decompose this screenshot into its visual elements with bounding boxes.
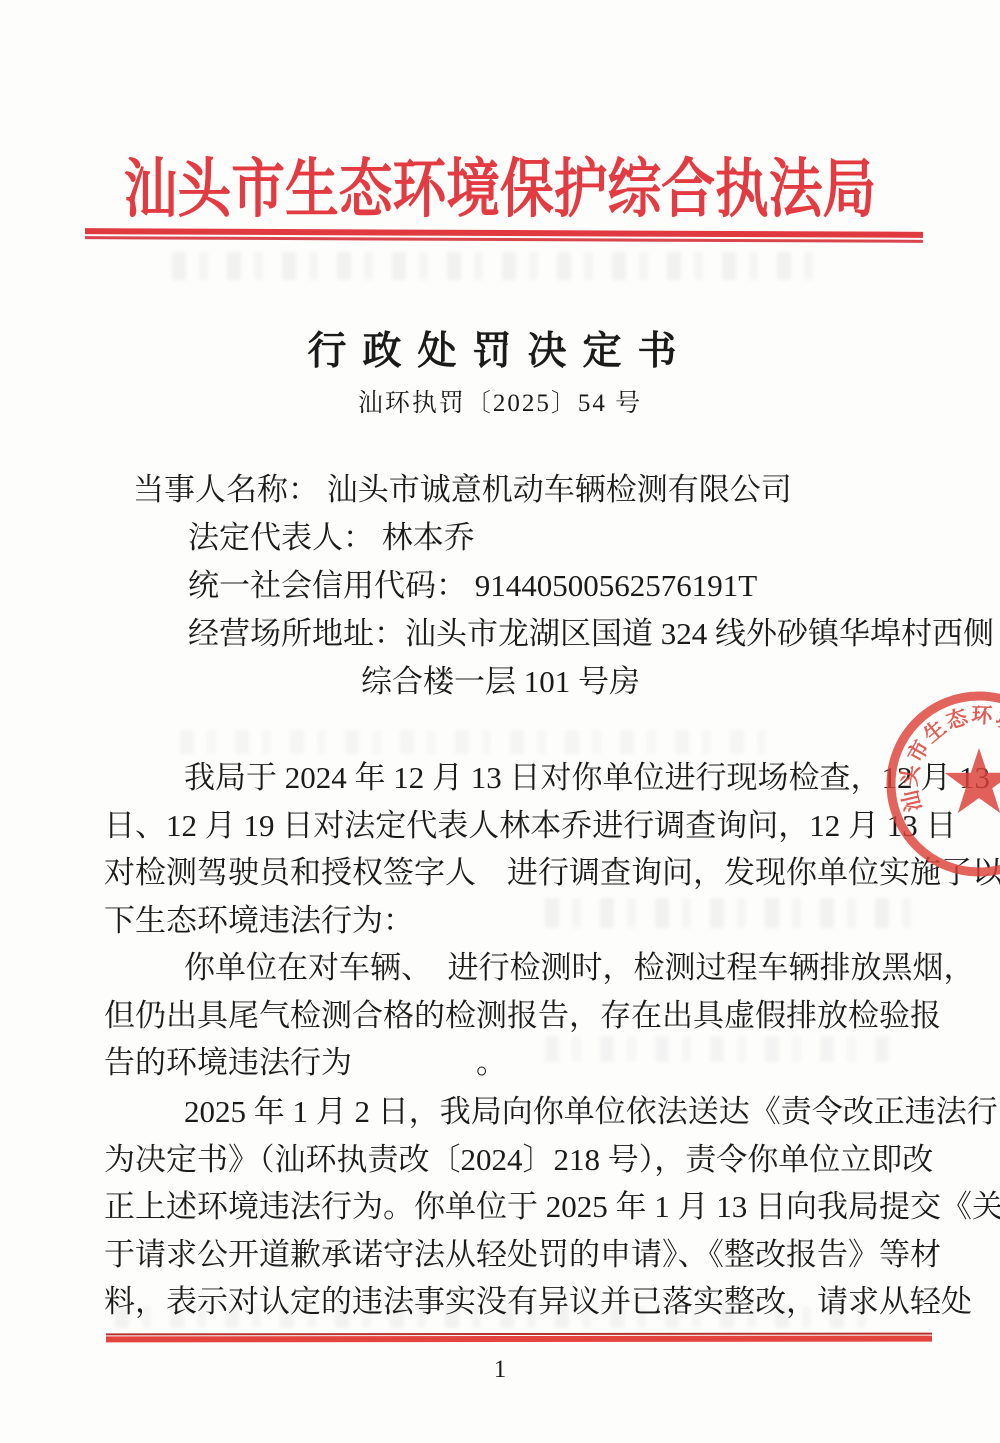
business-address-line-2: 综合楼一层 101 号房 (104, 658, 886, 706)
body-line: 告的环境违法行为 。 (104, 1039, 886, 1087)
body-line: 你单位在对车辆、 进行检测时，检测过程车辆排放黑烟， (104, 944, 886, 992)
document-title: 行政处罚决定书 (0, 320, 1000, 376)
bleed-through-artifact (180, 730, 780, 754)
header-double-rule (85, 228, 923, 243)
footer-rule-bright (106, 1336, 932, 1343)
legal-representative-line: 法定代表人： 林本乔 (104, 514, 886, 562)
body-line: 为决定书》（汕环执责改〔2024〕218 号），责令你单位立即改 (104, 1136, 886, 1184)
business-address-line: 经营场所地址：汕头市龙湖区国道 324 线外砂镇华埠村西侧 (104, 610, 886, 658)
body-line: 对检测驾驶员和授权签字人 进行调查询问，发现你单位实施了以 (104, 849, 886, 897)
body-line: 于请求公开道歉承诺守法从轻处罚的申请》、《整改报告》等材 (104, 1231, 886, 1279)
party-info-block: 当事人名称： 汕头市诚意机动车辆检测有限公司 法定代表人： 林本乔 统一社会信用… (104, 466, 886, 706)
official-seal: 汕头市生态环境保护综合执法局 (879, 684, 1000, 884)
body-line: 2025 年 1 月 2 日，我局向你单位依法送达《责令改正违法行 (104, 1088, 886, 1136)
seal-star (945, 748, 1000, 813)
credit-code-line: 统一社会信用代码： 91440500562576191T (104, 562, 886, 610)
body-line: 但仍出具尾气检测合格的检测报告，存在出具虚假排放检验报 (104, 992, 886, 1040)
paragraph-violation: 你单位在对车辆、 进行检测时，检测过程车辆排放黑烟， 但仍出具尾气检测合格的检测… (104, 944, 886, 1087)
bleed-through-artifact (172, 252, 827, 280)
footer-double-rule (106, 1333, 932, 1343)
body-line: 日、12 月 19 日对法定代表人林本乔进行调查询问，12 月 13 日 (104, 802, 886, 850)
page-number: 1 (0, 1356, 1000, 1384)
body-line: 我局于 2024 年 12 月 13 日对你单位进行现场检查，12 月 13 (104, 754, 886, 802)
party-name-line: 当事人名称： 汕头市诚意机动车辆检测有限公司 (104, 466, 886, 514)
paragraph-inspection: 我局于 2024 年 12 月 13 日对你单位进行现场检查，12 月 13 日… (104, 754, 886, 944)
body-line: 正上述环境违法行为。你单位于 2025 年 1 月 13 日向我局提交《关 (104, 1183, 886, 1231)
paragraph-correction-order: 2025 年 1 月 2 日，我局向你单位依法送达《责令改正违法行 为决定书》（… (104, 1088, 886, 1326)
document-number: 汕环执罚〔2025〕54 号 (0, 383, 1000, 419)
document-page: 汕头市生态环境保护综合执法局 行政处罚决定书 汕环执罚〔2025〕54 号 当事… (0, 0, 1000, 1443)
body-line: 下生态环境违法行为： (104, 897, 886, 945)
agency-header-title: 汕头市生态环境保护综合执法局 (80, 138, 920, 230)
body-line: 料，表示对认定的违法事实没有异议并已落实整改，请求从轻处 (104, 1278, 886, 1326)
